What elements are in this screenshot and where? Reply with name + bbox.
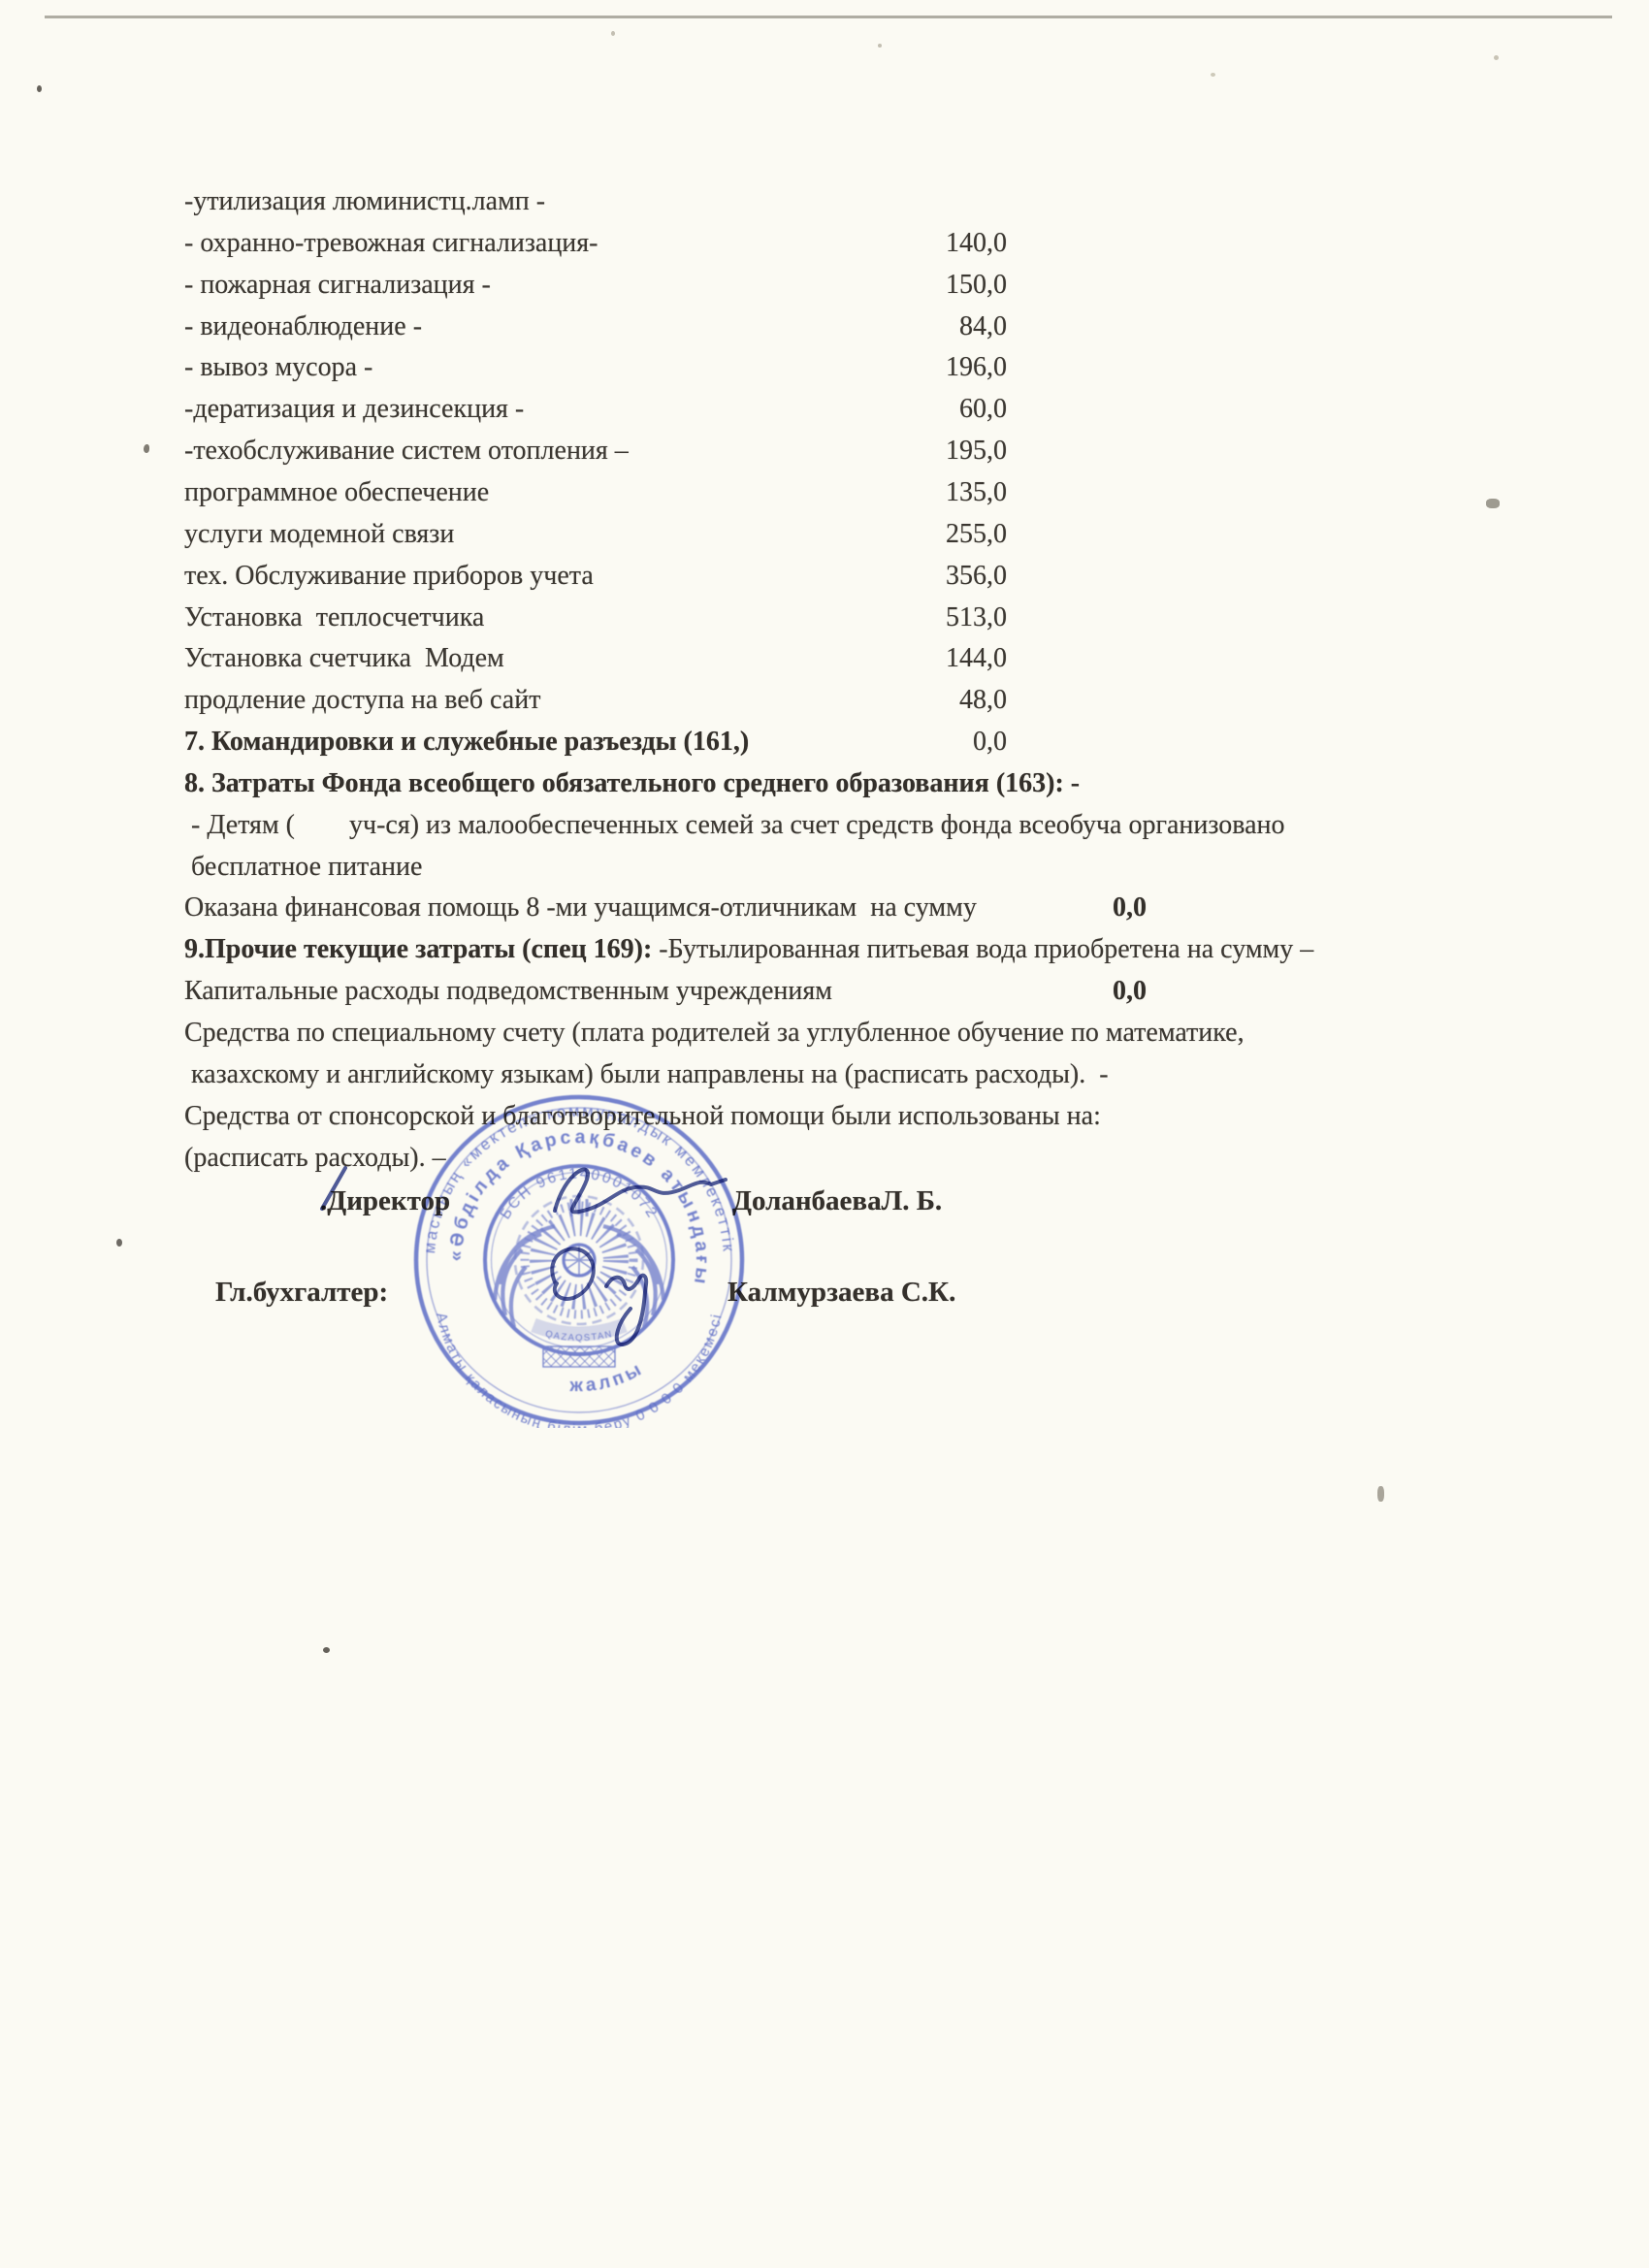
- speck: [37, 85, 42, 92]
- expense-row: продление доступа на веб сайт48,0: [184, 684, 1007, 717]
- expense-value: 140,0: [946, 227, 1007, 260]
- expense-value: 150,0: [946, 269, 1007, 302]
- expense-value: 60,0: [959, 393, 1007, 426]
- expense-label: программное обеспечение: [184, 476, 489, 509]
- expense-row: - охранно-тревожная сигнализация-140,0: [184, 227, 1007, 260]
- expense-value: 48,0: [959, 684, 1007, 717]
- paragraph-text: -Бутылированная питьевая вода приобретен…: [652, 934, 1313, 964]
- speck: [1377, 1486, 1384, 1502]
- paragraph-line: Оказана финансовая помощь 8 -ми учащимся…: [184, 891, 977, 924]
- expense-label: - видеонаблюдение -: [184, 310, 422, 343]
- expense-label: Установка теплосчетчика: [184, 601, 484, 634]
- expense-row: Установка теплосчетчика513,0: [184, 601, 1007, 634]
- paragraph-text: казахскому и английскому языкам) были на…: [184, 1059, 1109, 1089]
- expense-value: 135,0: [946, 476, 1007, 509]
- director-name: ДоланбаеваЛ. Б.: [732, 1185, 942, 1217]
- expense-label: продление доступа на веб сайт: [184, 684, 540, 717]
- expense-row: программное обеспечение135,0: [184, 476, 1007, 509]
- paragraph-text: - Детям ( уч-ся) из малообеспеченных сем…: [184, 810, 1285, 840]
- scan-edge-line: [45, 16, 1612, 18]
- expense-label: Установка счетчика Модем: [184, 642, 504, 675]
- expense-label: услуги модемной связи: [184, 518, 454, 551]
- expense-label: -утилизация люминистц.ламп -: [184, 185, 545, 218]
- scanned-document-page: -утилизация люминистц.ламп -- охранно-тр…: [0, 0, 1649, 2268]
- expense-row: - вывоз мусора -196,0: [184, 351, 1007, 384]
- paragraph-line: казахскому и английскому языкам) были на…: [184, 1058, 1109, 1091]
- accountant-name: Калмурзаева С.К.: [727, 1277, 955, 1309]
- expense-value: 84,0: [959, 310, 1007, 343]
- expense-row: - пожарная сигнализация -150,0: [184, 269, 1007, 302]
- expense-value: 513,0: [946, 601, 1007, 634]
- paragraph-line: бесплатное питание: [184, 851, 422, 884]
- accountant-signature: [519, 1234, 723, 1360]
- paragraph-line: Средства по специальному счету (плата ро…: [184, 1017, 1245, 1050]
- expense-row: -дератизация и дезинсекция -60,0: [184, 393, 1007, 426]
- paragraph-value: 0,0: [1113, 975, 1147, 1008]
- paragraph-text: Средства по специальному счету (плата ро…: [184, 1018, 1245, 1048]
- expense-label: - пожарная сигнализация -: [184, 269, 491, 302]
- expense-row: - видеонаблюдение -84,0: [184, 310, 1007, 343]
- speck: [144, 444, 149, 453]
- paragraph-text: Оказана финансовая помощь 8 -ми учащимся…: [184, 892, 977, 923]
- speck: [116, 1239, 122, 1247]
- expense-value: 144,0: [946, 642, 1007, 675]
- speck: [323, 1647, 330, 1653]
- expense-label: -дератизация и дезинсекция -: [184, 393, 524, 426]
- paragraph-line: 9.Прочие текущие затраты (спец 169): -Бу…: [184, 933, 1313, 966]
- expense-row: услуги модемной связи255,0: [184, 518, 1007, 551]
- director-signature: [310, 1150, 747, 1243]
- expense-label: 7. Командировки и служебные разъезды (16…: [184, 726, 749, 759]
- speck: [1494, 55, 1499, 60]
- expense-row: -техобслуживание систем отопления –195,0: [184, 435, 1007, 468]
- expense-row: Установка счетчика Модем144,0: [184, 642, 1007, 675]
- expense-value: 255,0: [946, 518, 1007, 551]
- paragraph-text: Капитальные расходы подведомственным учр…: [184, 976, 832, 1006]
- expense-value: 0,0: [973, 726, 1007, 759]
- paragraph-line: 8. Затраты Фонда всеобщего обязательного…: [184, 767, 1080, 800]
- paragraph-bold-text: 8. Затраты Фонда всеобщего обязательного…: [184, 768, 1080, 798]
- speck: [1486, 499, 1500, 508]
- expense-label: - вывоз мусора -: [184, 351, 372, 384]
- speck: [611, 31, 615, 36]
- expense-label: - охранно-тревожная сигнализация-: [184, 227, 598, 260]
- paragraph-text: бесплатное питание: [184, 852, 422, 882]
- expense-row: 7. Командировки и служебные разъезды (16…: [184, 726, 1007, 759]
- speck: [878, 44, 882, 48]
- expense-row: -утилизация люминистц.ламп -: [184, 185, 1007, 218]
- paragraph-bold-text: 9.Прочие текущие затраты (спец 169):: [184, 934, 652, 964]
- paragraph-line: Капитальные расходы подведомственным учр…: [184, 975, 832, 1008]
- expense-value: 356,0: [946, 560, 1007, 593]
- speck: [1211, 73, 1215, 77]
- expense-value: 196,0: [946, 351, 1007, 384]
- paragraph-line: - Детям ( уч-ся) из малообеспеченных сем…: [184, 809, 1285, 842]
- expense-label: -техобслуживание систем отопления –: [184, 435, 629, 468]
- accountant-label: Гл.бухгалтер:: [215, 1277, 388, 1309]
- expense-value: 195,0: [946, 435, 1007, 468]
- expense-row: тех. Обслуживание приборов учета356,0: [184, 560, 1007, 593]
- expense-label: тех. Обслуживание приборов учета: [184, 560, 594, 593]
- paragraph-value: 0,0: [1113, 891, 1147, 924]
